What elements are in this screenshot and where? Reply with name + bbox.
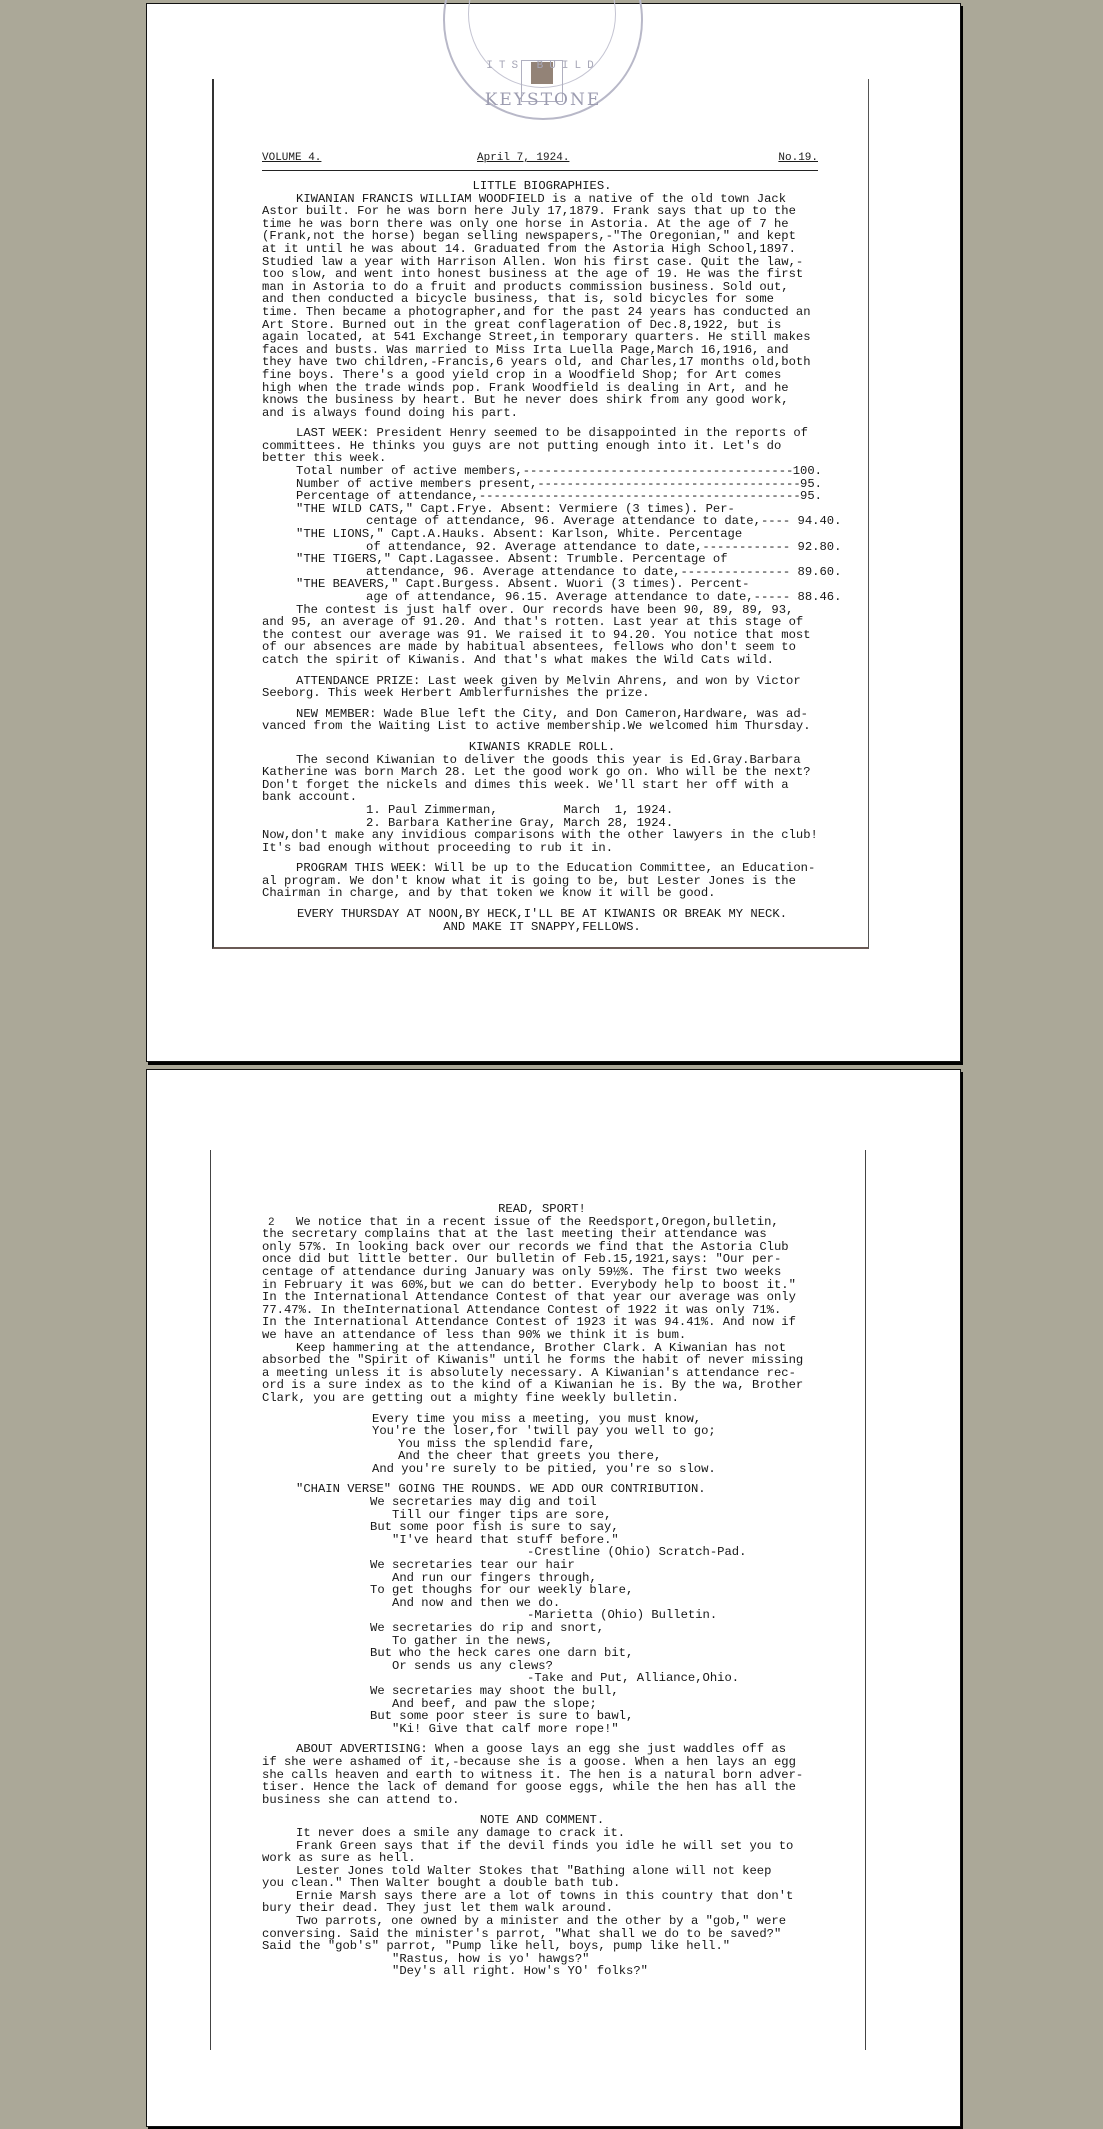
leader-dashes: ----------------------------------------…	[537, 478, 800, 491]
volume-label: VOLUME 4.	[262, 152, 321, 164]
issue-number: No.19.	[778, 152, 818, 164]
dialogue-line: "Dey's all right. How's YO' folks?"	[262, 1965, 822, 1978]
contest-line: catch the spirit of Kiwanis. And that's …	[262, 654, 822, 667]
note-line: you clean." Then Walter bought a double …	[262, 1877, 822, 1890]
poem-line: And you're surely to be pitied, you're s…	[262, 1463, 822, 1476]
leader-dashes: ----------------------------------------…	[479, 490, 800, 503]
closing-slogan: EVERY THURSDAY AT NOON,BY HECK,I'LL BE A…	[262, 908, 822, 921]
team-line: "THE LIONS," Capt.A.Hauks. Absent: Karls…	[262, 528, 822, 541]
read-sport-line: absorbed the "Spirit of Kiwanis" until h…	[262, 1354, 822, 1367]
program-line: PROGRAM THIS WEEK: Will be up to the Edu…	[262, 862, 822, 875]
kradle-roll-line: It's bad enough without proceeding to ru…	[262, 842, 822, 855]
verse-line: "Ki! Give that calf more rope!"	[262, 1723, 822, 1736]
poem-line: And the cheer that greets you there,	[262, 1450, 822, 1463]
verse-line: But who the heck cares one darn bit,	[262, 1647, 822, 1660]
advertising-line: tiser. Hence the lack of demand for goos…	[262, 1781, 822, 1794]
read-sport-line: In the International Attendance Contest …	[262, 1291, 822, 1304]
closing-slogan: AND MAKE IT SNAPPY,FELLOWS.	[262, 921, 822, 934]
read-sport-line: centage of attendance during January was…	[262, 1266, 822, 1279]
stat-value: 100.	[793, 465, 822, 478]
poem-line: You're the loser,for 'twill pay you well…	[262, 1425, 822, 1438]
note-line: Two parrots, one owned by a minister and…	[262, 1915, 822, 1928]
attendance-prize-line: Seeborg. This week Herbert Amblerfurnish…	[262, 687, 822, 700]
biography-line: time. Then became a photographer,and for…	[262, 306, 822, 319]
verse-line: To get thoughs for our weekly blare,	[262, 1584, 822, 1597]
advertising-line: if she were ashamed of it,-because she i…	[262, 1756, 822, 1769]
team-line: "THE TIGERS," Capt.Lagassee. Absent: Tru…	[262, 553, 822, 566]
leader-dashes: ----------------------------------------…	[523, 465, 793, 478]
verse-line: But some poor fish is sure to say,	[262, 1521, 822, 1534]
contest-line: and 95, an average of 91.20. And that's …	[262, 616, 822, 629]
last-week-line: LAST WEEK: President Henry seemed to be …	[262, 427, 822, 440]
read-sport-line: Clark, you are getting out a mighty fine…	[262, 1392, 822, 1405]
page-2-body: READ, SPORT!We notice that in a recent i…	[262, 1203, 822, 1978]
biography-line: again located, at 541 Exchange Street,in…	[262, 331, 822, 344]
verse-line: We secretaries do rip and snort,	[262, 1622, 822, 1635]
masthead: VOLUME 4. April 7, 1924. No.19.	[262, 152, 818, 171]
kradle-roll-line: Katherine was born March 28. Let the goo…	[262, 766, 822, 779]
attendance-stat-row: Percentage of attendance,---------------…	[262, 490, 822, 503]
team-line: age of attendance, 96.15. Average attend…	[262, 591, 822, 604]
page-1-body: LITTLE BIOGRAPHIES.KIWANIAN FRANCIS WILL…	[262, 180, 822, 933]
new-member-line: vanced from the Waiting List to active m…	[262, 720, 822, 733]
advertising-line: business she can attend to.	[262, 1794, 822, 1807]
read-sport-line: the secretary complains that at the last…	[262, 1228, 822, 1241]
verse-line: We secretaries may dig and toil	[262, 1496, 822, 1509]
biography-line: knows the business by heart. But he neve…	[262, 394, 822, 407]
seal-top-text: ITS BUILD	[463, 60, 623, 72]
read-sport-line: we have an attendance of less than 90% w…	[262, 1329, 822, 1342]
keystone-seal-logo: ITS BUILD KEYSTONE	[443, 0, 643, 130]
stat-label: Percentage of attendance,	[296, 490, 479, 503]
verse-line: We secretaries tear our hair	[262, 1559, 822, 1572]
note-line: Said the "gob's" parrot, "Pump like hell…	[262, 1940, 822, 1953]
kradle-roll-line: Now,don't make any invidious comparisons…	[262, 829, 822, 842]
biography-line: fine boys. There's a good yield crop in …	[262, 369, 822, 382]
section-heading-kradle-roll: KIWANIS KRADLE ROLL.	[262, 741, 822, 754]
biography-line: too slow, and went into honest business …	[262, 268, 822, 281]
program-line: Chairman in charge, and by that token we…	[262, 887, 822, 900]
biography-line: at it until he was about 14. Graduated f…	[262, 243, 822, 256]
attendance-stat-row: Total number of active members,---------…	[262, 465, 822, 478]
section-heading-read-sport: READ, SPORT!	[262, 1203, 822, 1216]
stat-value: 95.	[800, 490, 822, 503]
issue-date: April 7, 1924.	[477, 152, 569, 164]
stat-label: Total number of active members,	[296, 465, 523, 478]
seal-bottom-text: KEYSTONE	[443, 90, 643, 110]
biography-line: and is always found doing his part.	[262, 407, 822, 420]
kradle-roll-entry: 1. Paul Zimmerman, March 1, 1924.	[262, 804, 822, 817]
section-heading-biographies: LITTLE BIOGRAPHIES.	[262, 180, 822, 193]
note-line: work as sure as hell.	[262, 1852, 822, 1865]
verse-line: We secretaries may shoot the bull,	[262, 1685, 822, 1698]
note-line: It never does a smile any damage to crac…	[262, 1827, 822, 1840]
biography-line: Astor built. For he was born here July 1…	[262, 205, 822, 218]
verse-line: But some poor steer is sure to bawl,	[262, 1710, 822, 1723]
